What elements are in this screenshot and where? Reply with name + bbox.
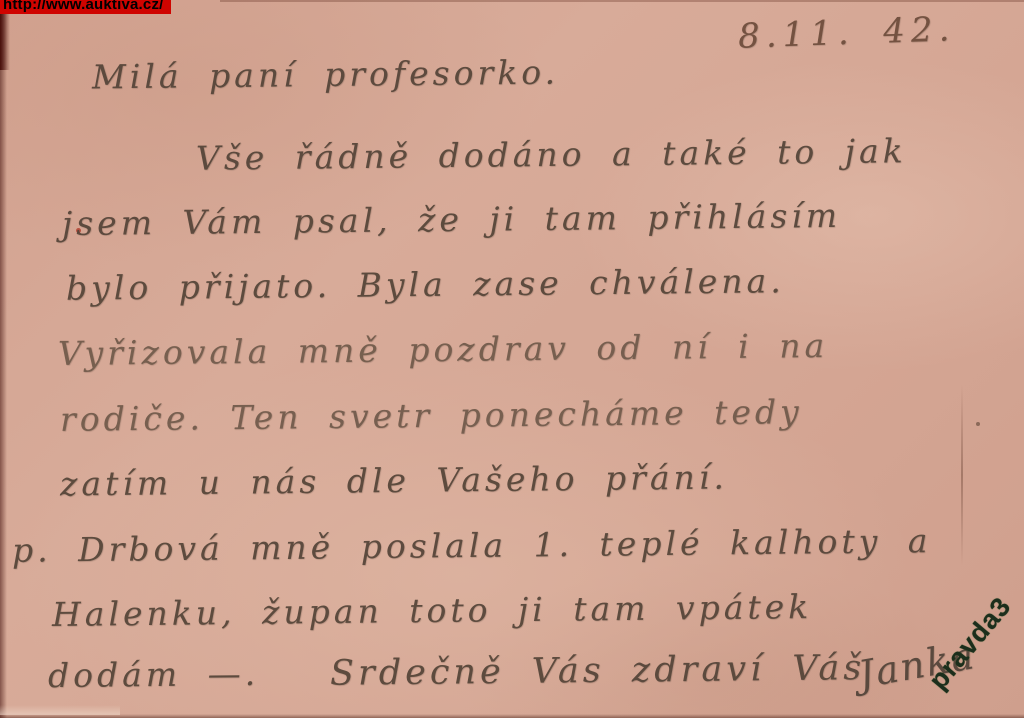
postcard-scan: http://www.auktiva.cz/ 8.11. 42. Milá pa… xyxy=(0,0,1024,718)
letter-line: p. Drbová mně poslala 1. teplé kalhoty a xyxy=(12,524,932,567)
letter-line: Vše řádně dodáno a také to jak xyxy=(196,134,907,174)
paper-edge-highlight xyxy=(0,705,120,715)
letter-line: Vyřizovala mně pozdrav od ní i na xyxy=(58,329,828,370)
letter-line: jsem Vám psal, že ji tam přihlásím xyxy=(62,199,841,240)
letter-line: rodiče. Ten svetr ponecháme tedy xyxy=(60,395,803,436)
letter-line: dodám —. xyxy=(48,657,259,692)
handwritten-date: 8.11. 42. xyxy=(737,12,955,54)
scan-edge-bottom xyxy=(0,714,1024,718)
closing-phrase: Srdečně Vás zdraví Váš xyxy=(330,651,866,692)
letter-line: Halenku, župan toto ji tam vpátek xyxy=(52,590,812,631)
auktiva-watermark-strip: http://www.auktiva.cz/ xyxy=(0,0,171,14)
letter-line: bylo přijato. Byla zase chválena. xyxy=(66,264,785,305)
letter-line: zatím u nás dle Vašeho přání. xyxy=(60,461,728,501)
salutation: Milá paní profesorko. xyxy=(92,56,559,94)
auktiva-url-text: http://www.auktiva.cz/ xyxy=(3,0,164,12)
paper-crease xyxy=(961,385,963,565)
scan-edge-left xyxy=(0,0,7,718)
scan-edge-top xyxy=(220,0,1024,2)
dark-speck xyxy=(976,422,980,426)
